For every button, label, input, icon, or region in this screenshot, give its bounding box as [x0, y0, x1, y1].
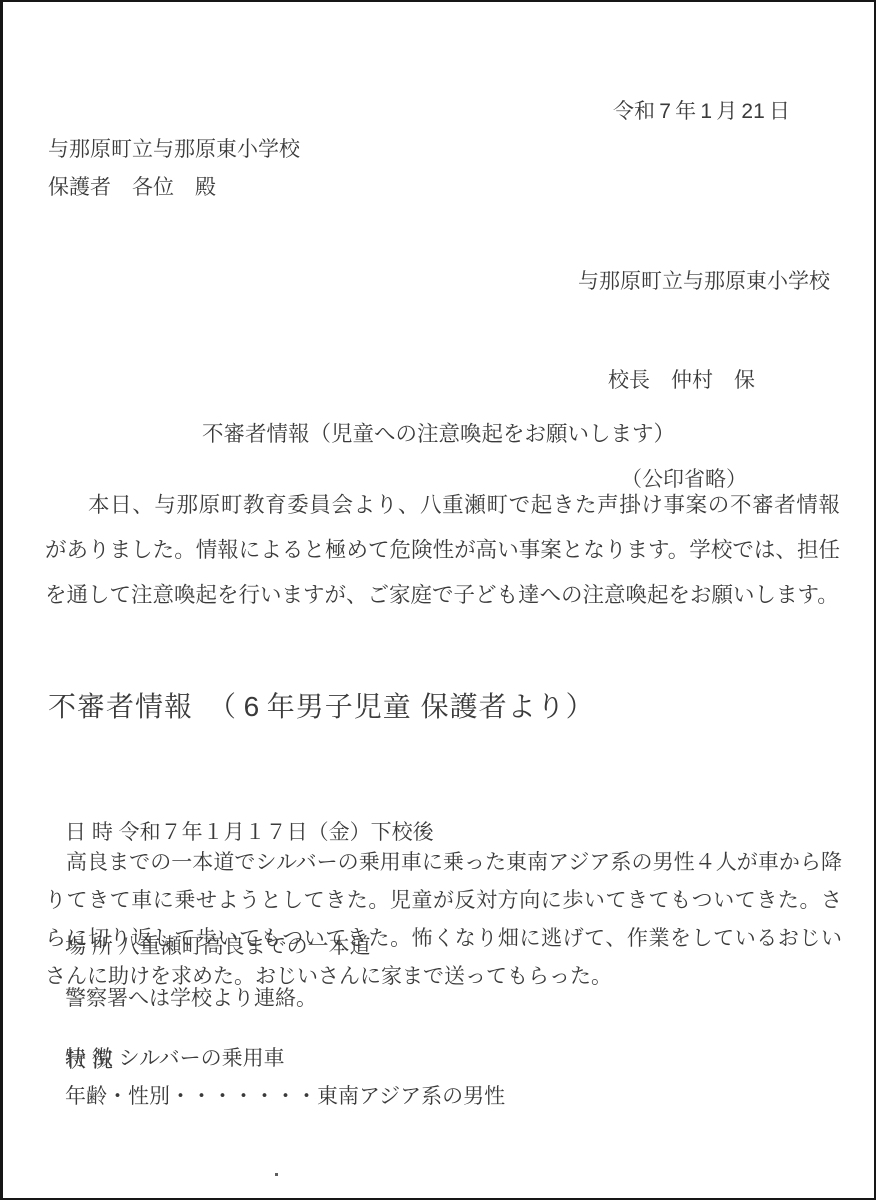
issue-date: 令和 7 年 1 月 21 日	[613, 95, 790, 125]
addressee-school: 与那原町立与那原東小学校	[48, 133, 300, 163]
report-features: 特 徴 シルバーの乗用車	[65, 1042, 285, 1072]
report-situation-text: 高良までの一本道でシルバーの乗用車に乗った東南アジア系の男性４人が車から降りてき…	[45, 844, 842, 996]
sender-principal: 校長 仲村 保	[608, 364, 830, 397]
scan-speck	[275, 1173, 278, 1176]
police-contact-note: 警察署へは学校より連絡。	[65, 982, 317, 1012]
addressee-recipients: 保護者 各位 殿	[48, 171, 216, 201]
document-title: 不審者情報（児童への注意喚起をお願いします）	[3, 417, 874, 448]
document-page: 令和 7 年 1 月 21 日 与那原町立与那原東小学校 保護者 各位 殿 与那…	[0, 0, 876, 1200]
report-heading: 不審者情報 （ 6 年男子児童 保護者より）	[48, 685, 595, 725]
intro-paragraph: 本日、与那原町教育委員会より、八重瀬町で起きた声掛け事案の不審者情報がありました…	[45, 483, 840, 618]
sender-school: 与那原町立与那原東小学校	[578, 265, 830, 298]
report-age-gender: 年齢・性別・・・・・・・東南アジア系の男性	[65, 1080, 505, 1110]
